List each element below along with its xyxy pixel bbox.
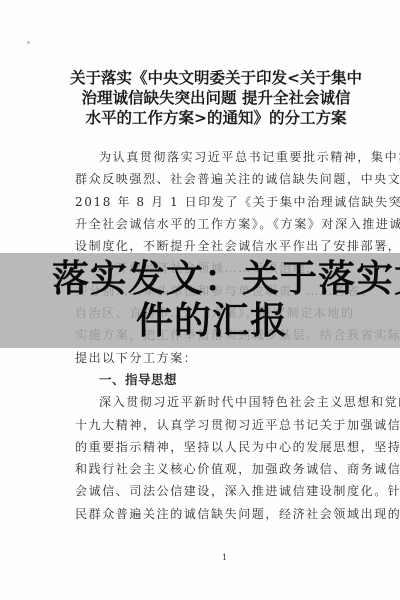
body-line: 民群众普遍关注的诚信缺失问题，经济社会领域出现的失信: [75, 503, 371, 525]
body-line: 群众反映强烈、社会普遍关注的诚信缺失问题，中央文明委: [75, 168, 371, 190]
section-heading: 一、指导思想: [75, 369, 371, 391]
page-number: 1: [222, 553, 227, 562]
document-title: 关于落实《中央文明委关于印发<关于集中 治理诚信缺失突出问题 提升全社会诚信 水…: [60, 68, 372, 128]
body-line: 为认真贯彻落实习近平总书记重要批示精神，集中治理: [75, 146, 371, 168]
scan-speck: [27, 41, 30, 44]
body-line: 提出以下分工方案：: [75, 347, 371, 369]
title-line: 水平的工作方案>的通知》的分工方案: [60, 108, 372, 128]
body-line: 会诚信、司法公信建设，深入推进诚信建设制度化。针对人: [75, 480, 371, 502]
title-line: 关于落实《中央文明委关于印发<关于集中: [60, 68, 372, 88]
headline-line-2: 件的汇报: [136, 300, 288, 342]
body-line: 和践行社会主义核心价值观，加强政务诚信、商务诚信、社: [75, 458, 371, 480]
headline-line-1: 落实发文：关于落实文: [52, 258, 400, 300]
title-line: 治理诚信缺失突出问题 提升全社会诚信: [60, 88, 372, 108]
body-line: 十九大精神，认真学习贯彻习近平总书记关于加强诚信建设: [75, 414, 371, 436]
body-line: 深入贯彻习近平新时代中国特色社会主义思想和党的: [75, 391, 371, 413]
body-line: 升全社会诚信水平的工作方案》。《方案》对深入推进诚信建: [75, 213, 371, 235]
body-line: 2018 年 8 月 1 日印发了《关于集中治理诚信缺失突出问题 提: [75, 191, 371, 213]
body-line: 的重要指示精神，坚持以人民为中心的发展思想，坚持培育: [75, 436, 371, 458]
